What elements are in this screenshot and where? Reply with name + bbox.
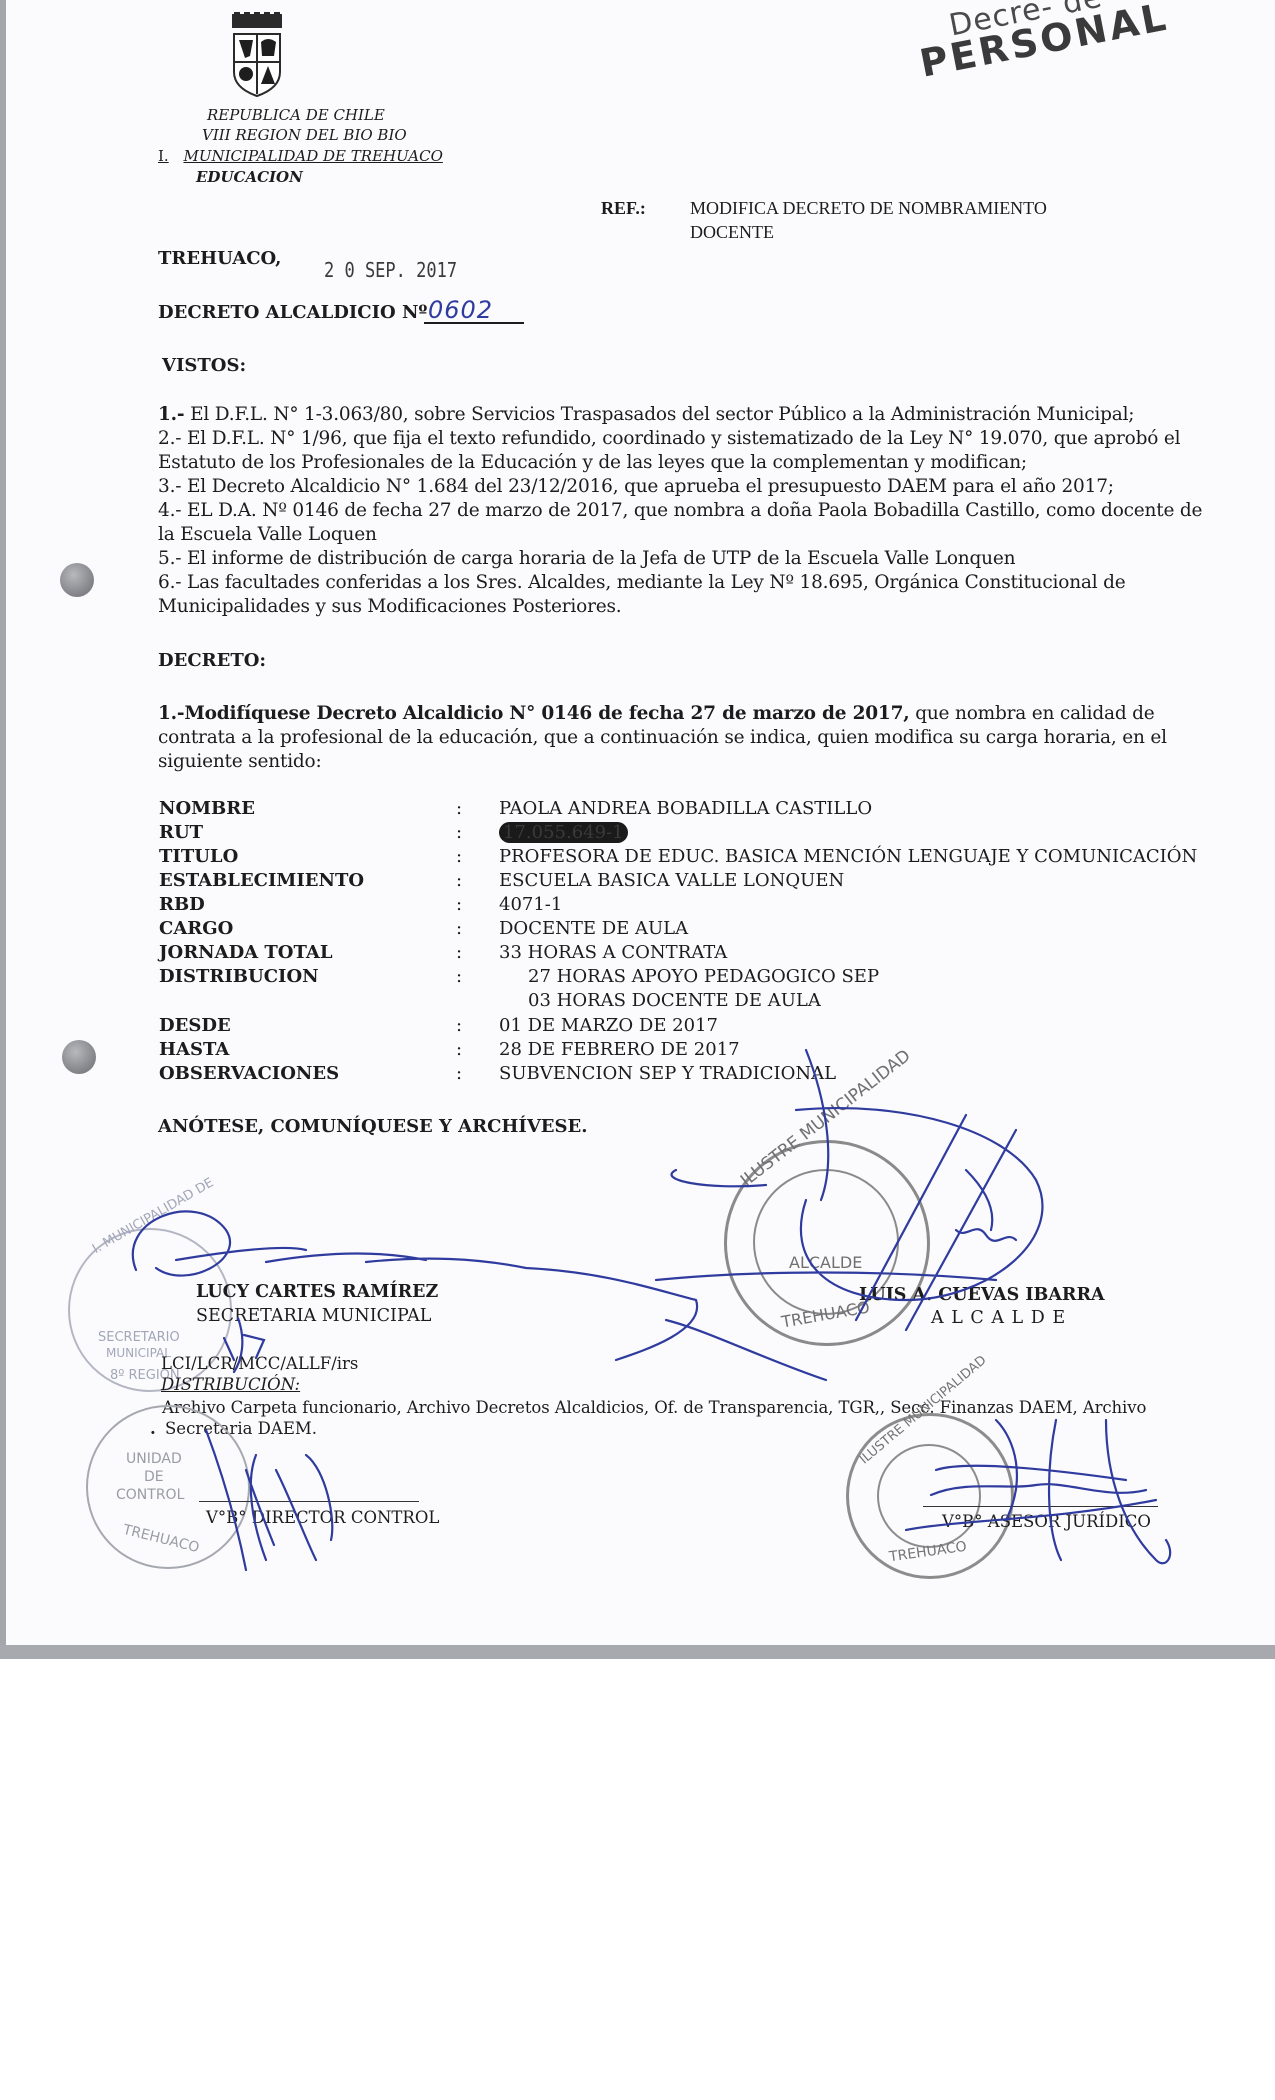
scanned-document-page: REPUBLICA DE CHILE VIII REGION DEL BIO B… [0,0,1275,1645]
secretary-signature-icon [133,1211,697,1360]
control-signature-icon [206,1430,332,1570]
legal-advisor-signature-icon [906,1420,1170,1563]
mayor-signature-icon [656,1050,1042,1380]
scanner-edge-band [0,1645,1275,1659]
signature-marks [6,0,1275,1645]
